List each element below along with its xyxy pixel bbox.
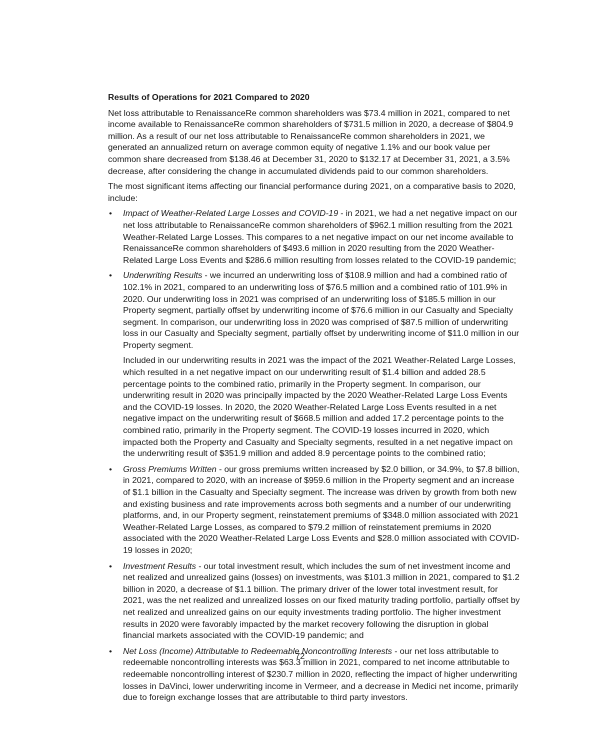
- bullet-icon: •: [109, 464, 112, 476]
- item-text: - our total investment result, which inc…: [123, 561, 520, 641]
- item-continuation: Included in our underwriting results in …: [123, 355, 520, 459]
- document-page: Results of Operations for 2021 Compared …: [108, 92, 520, 708]
- page-number: 72: [0, 651, 600, 661]
- bullet-icon: •: [109, 561, 112, 573]
- section-heading: Results of Operations for 2021 Compared …: [108, 92, 520, 104]
- list-item-weather-covid: • Impact of Weather-Related Large Losses…: [108, 208, 520, 266]
- bullet-icon: •: [109, 270, 112, 282]
- intro-paragraph: Net loss attributable to RenaissanceRe c…: [108, 108, 520, 178]
- item-term: Investment Results: [123, 561, 196, 571]
- list-item-investment-results: • Investment Results - our total investm…: [108, 561, 520, 642]
- lead-in-paragraph: The most significant items affecting our…: [108, 181, 520, 204]
- list-item-underwriting-results: • Underwriting Results - we incurred an …: [108, 270, 520, 460]
- item-text: - we incurred an underwriting loss of $1…: [123, 270, 519, 350]
- list-item-gross-premiums-written: • Gross Premiums Written - our gross pre…: [108, 464, 520, 557]
- item-text: - our gross premiums written increased b…: [123, 464, 519, 555]
- item-term: Underwriting Results: [123, 270, 202, 280]
- significant-items-list: • Impact of Weather-Related Large Losses…: [108, 208, 520, 703]
- bullet-icon: •: [109, 208, 112, 220]
- item-term: Impact of Weather-Related Large Losses a…: [123, 208, 338, 218]
- item-term: Gross Premiums Written: [123, 464, 217, 474]
